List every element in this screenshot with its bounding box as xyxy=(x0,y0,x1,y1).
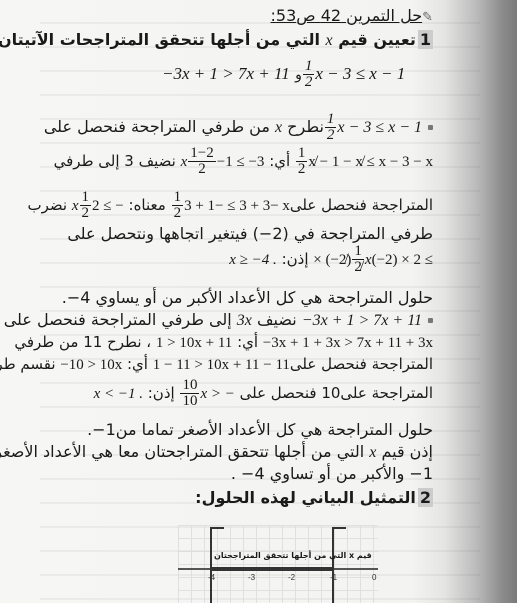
section-marker: 1 xyxy=(418,30,433,49)
summary-line-1: إذن قيم x التي من أجلها تتحقق المتراجحتا… xyxy=(0,442,433,463)
part-b-line-1: −3x + 1 > 7x + 11 نضيف 3x إلى طرفي المتر… xyxy=(4,310,433,331)
part-a-line-4: طرفي المتراجحة في (2−) فيتغير اتجاهها ون… xyxy=(67,224,433,244)
exercise-heading: ✎حل التمرين 42 ص53: xyxy=(271,6,434,28)
bullet-icon xyxy=(428,125,433,130)
part-a-line-2: x̸ − 1 − x̸ ≤ x − 3 − x12 أي: −1 ≤ −3 1−… xyxy=(54,146,433,177)
fraction: 12 xyxy=(303,59,315,90)
left-bracket-closed xyxy=(210,527,224,603)
tick-label: -1 xyxy=(330,573,337,582)
part-b-line-3: المتراجحة فنحصل على1 − 11 > 10x + 11 − 1… xyxy=(0,354,433,375)
tick-label: -4 xyxy=(208,573,215,582)
tick-label: -3 xyxy=(248,573,255,582)
chart-grid xyxy=(178,525,378,603)
part-a-line-1: x − 3 ≤ x − 112نطرح x من طرفي المتراجحة … xyxy=(44,112,433,143)
given-inequalities: −3x + 1 > 7x + 11 و12x − 3 ≤ x − 1 xyxy=(162,58,405,91)
scanned-page: ✎حل التمرين 42 ص53: 1تعيين قيم x التي من… xyxy=(0,0,517,603)
fraction: 12 xyxy=(172,190,184,221)
fraction: 12̸ xyxy=(352,244,364,275)
part-b-line-4: المتراجحة على10 فنحصل على x > −1010 إذن:… xyxy=(94,378,433,409)
part-b-line-2: −3x + 1 + 3x > 7x + 11 + 3x أي: 1 > 10x … xyxy=(14,332,433,353)
number-line-chart: قيم x التي من أجلها تتحقق المتراجحتان -4… xyxy=(178,525,378,603)
pencil-icon: ✎ xyxy=(422,10,433,25)
tick-label: -2 xyxy=(288,573,295,582)
section-1-title: 1تعيين قيم x التي من أجلها تتحقق المتراج… xyxy=(0,30,433,51)
part-a-conclusion: حلول المتراجحة هي كل الأعداد الأكبر من أ… xyxy=(62,288,433,308)
right-bracket-open xyxy=(332,527,346,603)
solution-interval xyxy=(210,567,332,571)
tick-label: 0 xyxy=(372,573,376,582)
fraction: 1−22 xyxy=(188,146,215,177)
part-a-line-3: المتراجحة فنحصل على3 + 1− ≤ 3 + 3− x 12 … xyxy=(28,190,433,221)
part-b-conclusion: حلول المتراجحة هي كل الأعداد الأصغر تمام… xyxy=(87,420,433,440)
bullet-icon xyxy=(428,318,433,323)
fraction: 1010 xyxy=(180,378,199,409)
fraction: 12 xyxy=(296,146,308,177)
summary-line-2: 1− والأكبر من أو تساوي 4− . xyxy=(231,464,433,484)
fraction: 12 xyxy=(325,112,337,143)
chart-caption: قيم x التي من أجلها تتحقق المتراجحتان xyxy=(214,551,372,560)
section-2-title: 2التمثيل البياني لهذه الحلول: xyxy=(195,488,433,508)
fraction: 12 xyxy=(80,190,92,221)
part-a-line-5: (−2) × 2 ≤ x12̸ × (−2̸) إذن: x ≥ −4 . xyxy=(229,244,433,275)
